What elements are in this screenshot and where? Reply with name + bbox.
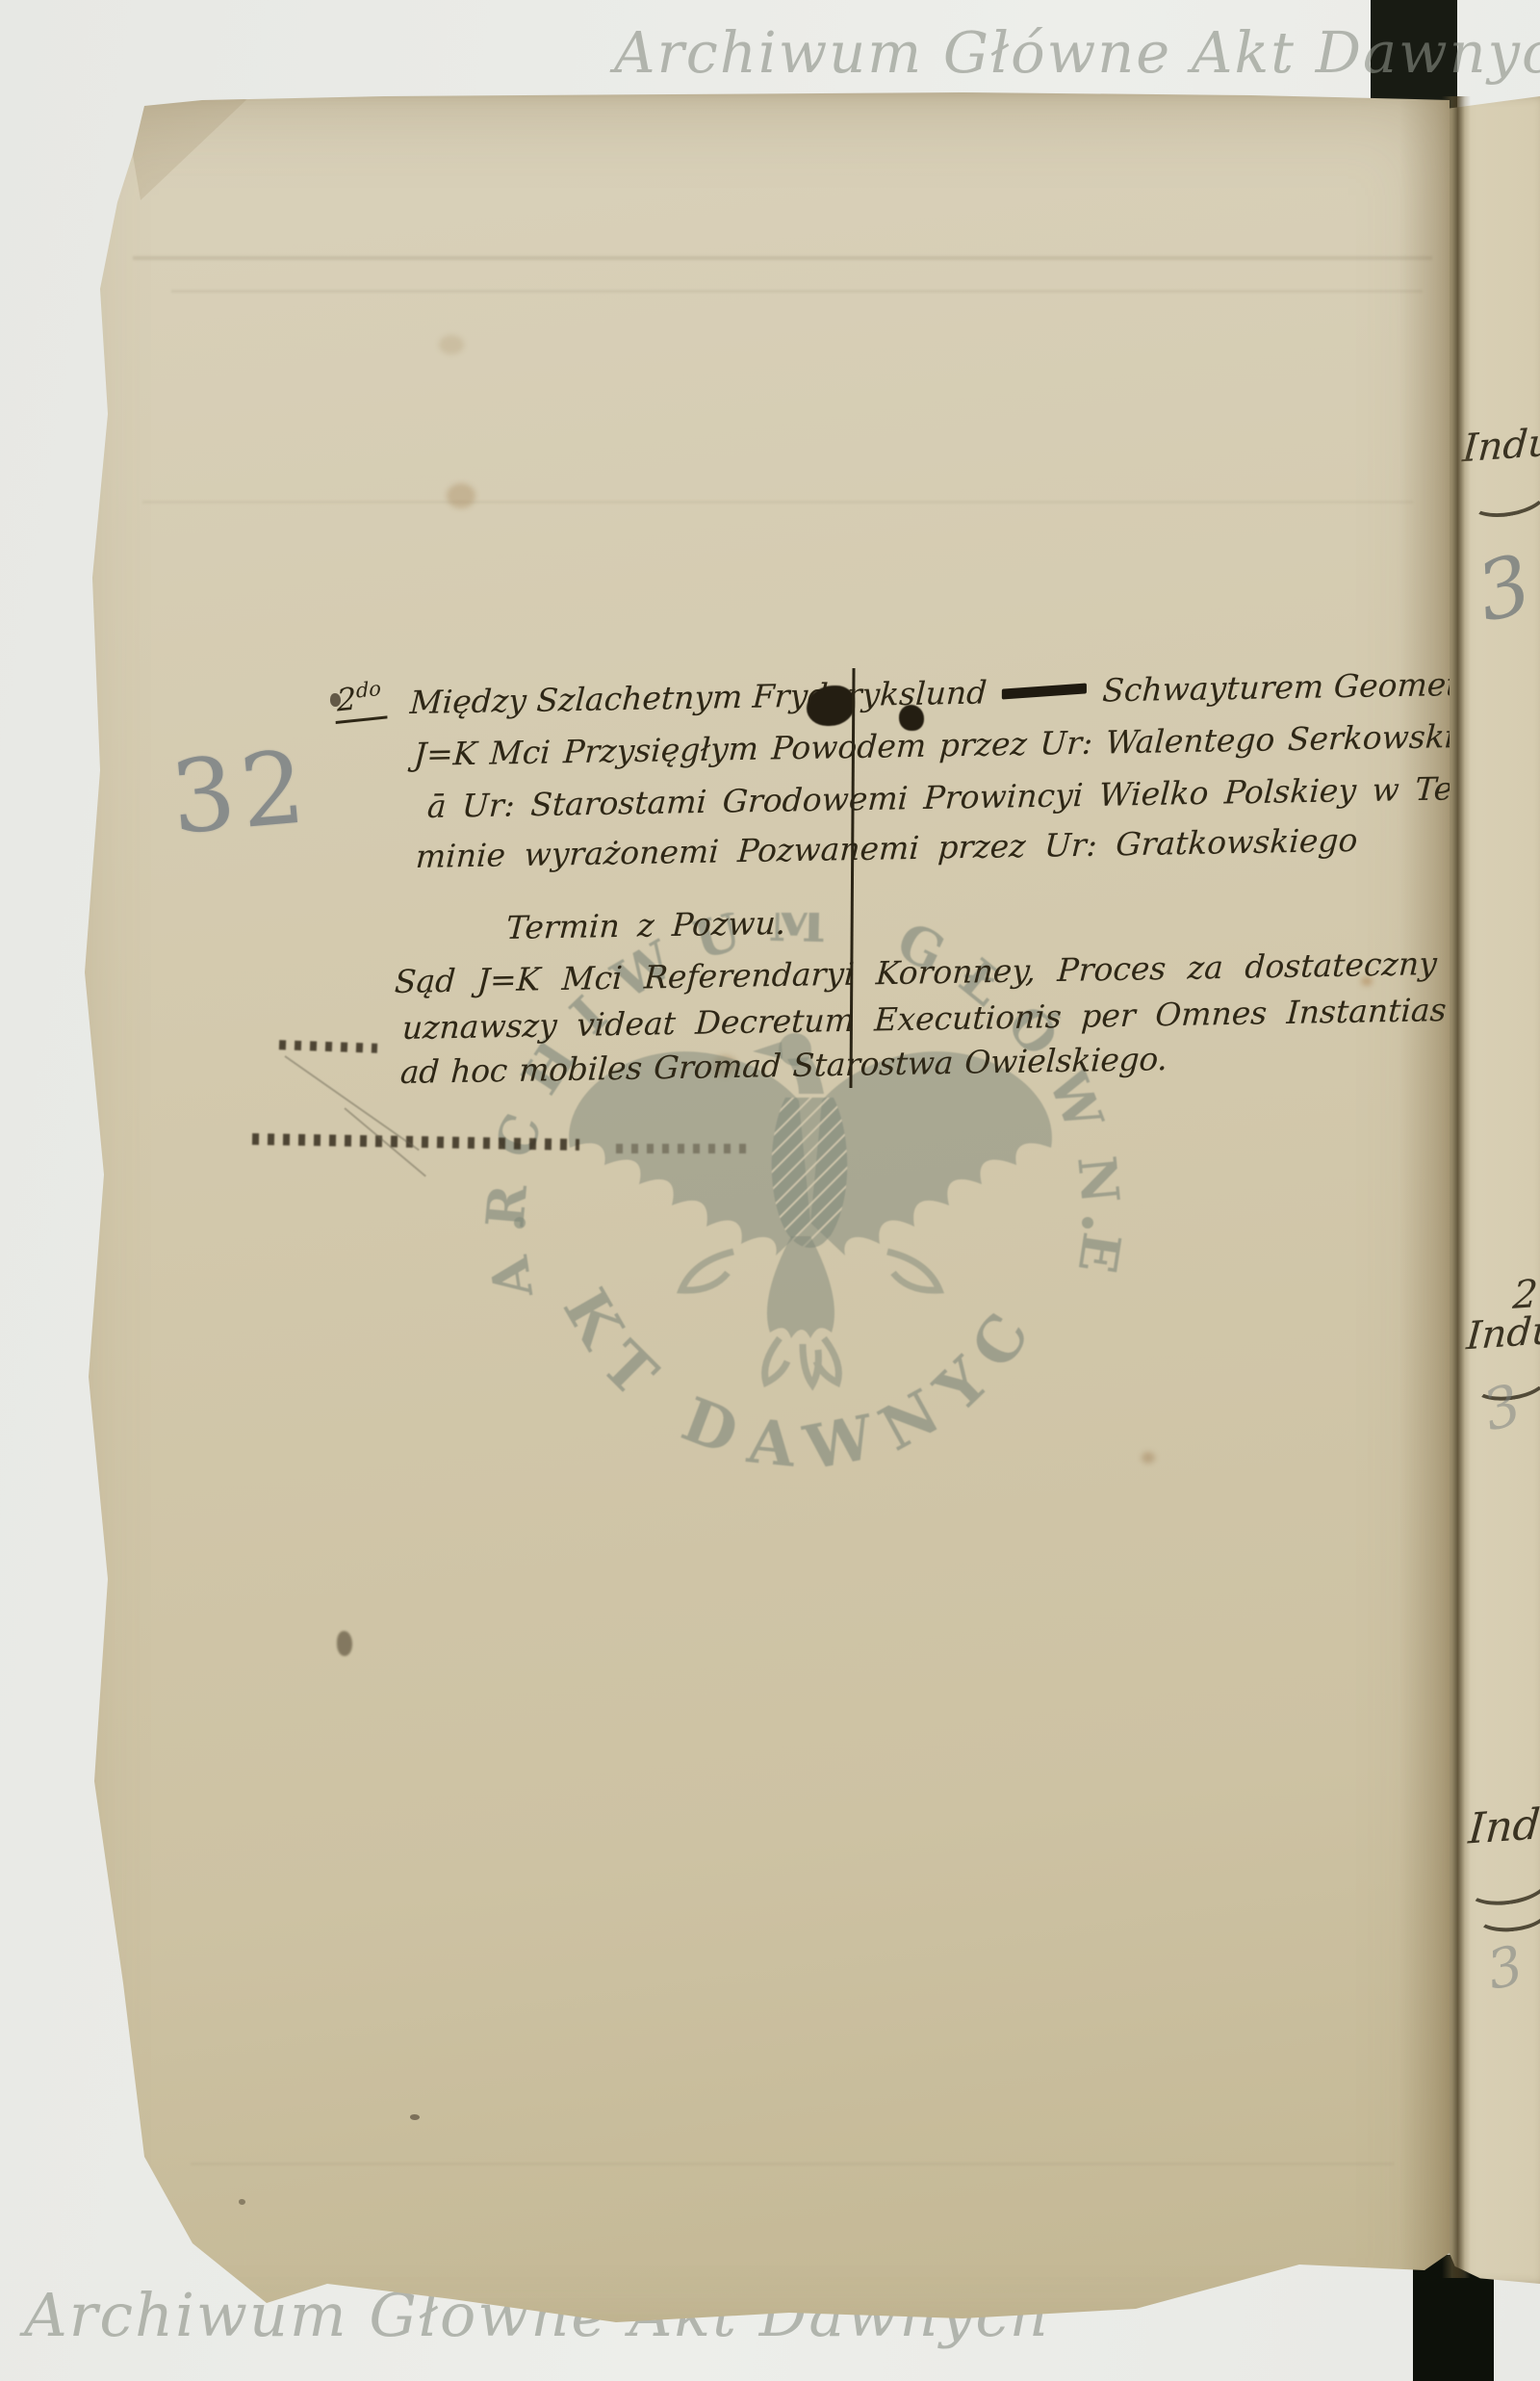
ink-smudge [337,1631,352,1656]
ink-blot [899,705,924,731]
manuscript-line-7: uznawszy videat Decretum Executionis per… [401,991,1448,1047]
ink-blot [807,686,855,726]
watermark-text-top: Archiwum Główne Akt Dawnych [614,19,1540,86]
entry-number-suffix: do [355,677,381,703]
next-page-ink-fragment: Ind [1467,1799,1540,1853]
ink-offset-smudge [279,1040,377,1053]
next-page-pencil-fragment: 3 [1468,536,1540,640]
next-page-pencil-fragment: 3 [1482,1934,1528,2003]
manuscript-line-1: Między Szlachetnym Fryderykslund Schwayt… [409,664,1494,721]
ink-offset-smudge [616,1144,751,1153]
manuscript-line-6: Sąd J=K Mci Referendaryi Koronney, Proce… [394,945,1438,1000]
ink-flourish [1466,473,1540,523]
entry-number: 2 [336,680,357,718]
manuscript-line-4: minie wyrażonemi Pozwanemi przez Ur: Gra… [415,821,1359,875]
entry-number-label: 2do [334,676,388,723]
manuscript-line-8: ad hoc mobiles Gromad Starostwa Owielski… [399,1040,1168,1091]
manuscript-term-line: Termin z Pozwu. [505,904,786,946]
next-page-ink-fragment: Indu [1465,1308,1540,1359]
document-page: ARCHIWUM GŁÓWNE AKT DAWNYCH 32 2d [56,92,1451,2361]
archival-scan: Archiwum Główne Akt Dawnych Indu 3 2 Ind… [0,0,1540,2381]
strikethrough-blot [1002,683,1087,699]
manuscript-line-2: J=K Mci Przysięgłym Powodem przez Ur: Wa… [413,716,1514,773]
manuscript-line-1b: Schwayturem Geometrą [1101,664,1494,709]
manuscript-line-3: ā Ur: Starostami Grodowemi Prowincyi Wie… [426,769,1479,825]
handwriting-layer: 32 2do Między Szlachetnym Fryderykslund … [56,92,1451,2361]
next-page-ink-fragment: Indu [1461,421,1540,471]
folio-number-pencil: 32 [167,728,315,857]
